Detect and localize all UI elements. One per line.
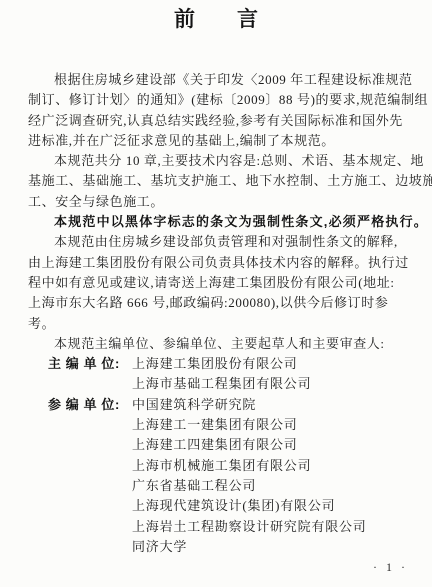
company-name: 上海市机械施工集团有限公司 — [132, 456, 414, 476]
page-number: · 1 · — [373, 560, 408, 575]
text-line: 上海市东大名路 666 号,邮政编码:200080),以供今后修订时参 — [28, 293, 414, 313]
company-name: 广东省基础工程公司 — [132, 476, 414, 496]
company-name: 上海建工一建集团有限公司 — [132, 415, 414, 435]
paragraph-administration: 本规范由住房城乡建设部负责管理和对强制性条文的解释, 由上海建工集团股份有限公司… — [28, 232, 414, 333]
text-line: 本规范主编单位、参编单位、主要起草人和主要审查人: — [28, 334, 414, 354]
chief-editor-label: 主 编 单 位: — [48, 354, 132, 374]
text-line: 本规范共分 10 章,主要技术内容是:总则、术语、基本规定、地 — [28, 151, 414, 171]
text-line: 本规范中以黑体字标志的条文为强制性条文,必须严格执行。 — [28, 212, 414, 232]
text-line: 根据住房城乡建设部《关于印发〈2009 年工程建设标准规范 — [28, 70, 414, 90]
paragraph-credits-intro: 本规范主编单位、参编单位、主要起草人和主要审查人: — [28, 334, 414, 354]
company-name: 上海建工四建集团有限公司 — [132, 435, 414, 455]
paragraph-mandatory-provisions: 本规范中以黑体字标志的条文为强制性条文,必须严格执行。 — [28, 212, 414, 232]
company-name: 中国建筑科学研究院 — [132, 395, 414, 415]
document-body: 根据住房城乡建设部《关于印发〈2009 年工程建设标准规范 制订、修订计划〉的通… — [0, 70, 432, 557]
text-line: 本规范由住房城乡建设部负责管理和对强制性条文的解释, — [28, 232, 414, 252]
paragraph-basis: 根据住房城乡建设部《关于印发〈2009 年工程建设标准规范 制订、修订计划〉的通… — [28, 70, 414, 151]
text-line: 由上海建工集团股份有限公司负责具体技术内容的解释。执行过 — [28, 253, 414, 273]
text-line: 程中如有意见或建议,请寄送上海建工集团股份有限公司(地址: — [28, 273, 414, 293]
text-line: 基施工、基础施工、基坑支护施工、地下水控制、土方施工、边坡施 — [28, 171, 414, 191]
co-editor-label: 参 编 单 位: — [48, 395, 132, 415]
co-editor-row: 参 编 单 位: 中国建筑科学研究院 上海建工一建集团有限公司 上海建工四建集团… — [28, 395, 414, 557]
editors-section: 主 编 单 位: 上海建工集团股份有限公司 上海市基础工程集团有限公司 参 编 … — [28, 354, 414, 557]
chief-editor-companies: 上海建工集团股份有限公司 上海市基础工程集团有限公司 — [132, 354, 414, 395]
text-line: 制订、修订计划〉的通知》(建标〔2009〕88 号)的要求,规范编制组 — [28, 90, 414, 110]
company-name: 上海岩土工程勘察设计研究院有限公司 — [132, 517, 414, 537]
co-editor-companies: 中国建筑科学研究院 上海建工一建集团有限公司 上海建工四建集团有限公司 上海市机… — [132, 395, 414, 557]
company-name: 上海建工集团股份有限公司 — [132, 354, 414, 374]
chief-editor-row: 主 编 单 位: 上海建工集团股份有限公司 上海市基础工程集团有限公司 — [28, 354, 414, 395]
company-name: 上海市基础工程集团有限公司 — [132, 374, 414, 394]
text-line: 经广泛调查研究,认真总结实践经验,参考有关国际标准和国外先 — [28, 111, 414, 131]
text-line: 工、安全与绿色施工。 — [28, 192, 414, 212]
company-name: 上海现代建筑设计(集团)有限公司 — [132, 496, 414, 516]
paragraph-contents: 本规范共分 10 章,主要技术内容是:总则、术语、基本规定、地 基施工、基础施工… — [28, 151, 414, 212]
company-name: 同济大学 — [132, 537, 414, 557]
page-title: 前 言 — [0, 8, 432, 32]
text-line: 考。 — [28, 314, 414, 334]
document-page: 前 言 根据住房城乡建设部《关于印发〈2009 年工程建设标准规范 制订、修订计… — [0, 0, 432, 587]
text-line: 进标准,并在广泛征求意见的基础上,编制了本规范。 — [28, 131, 414, 151]
